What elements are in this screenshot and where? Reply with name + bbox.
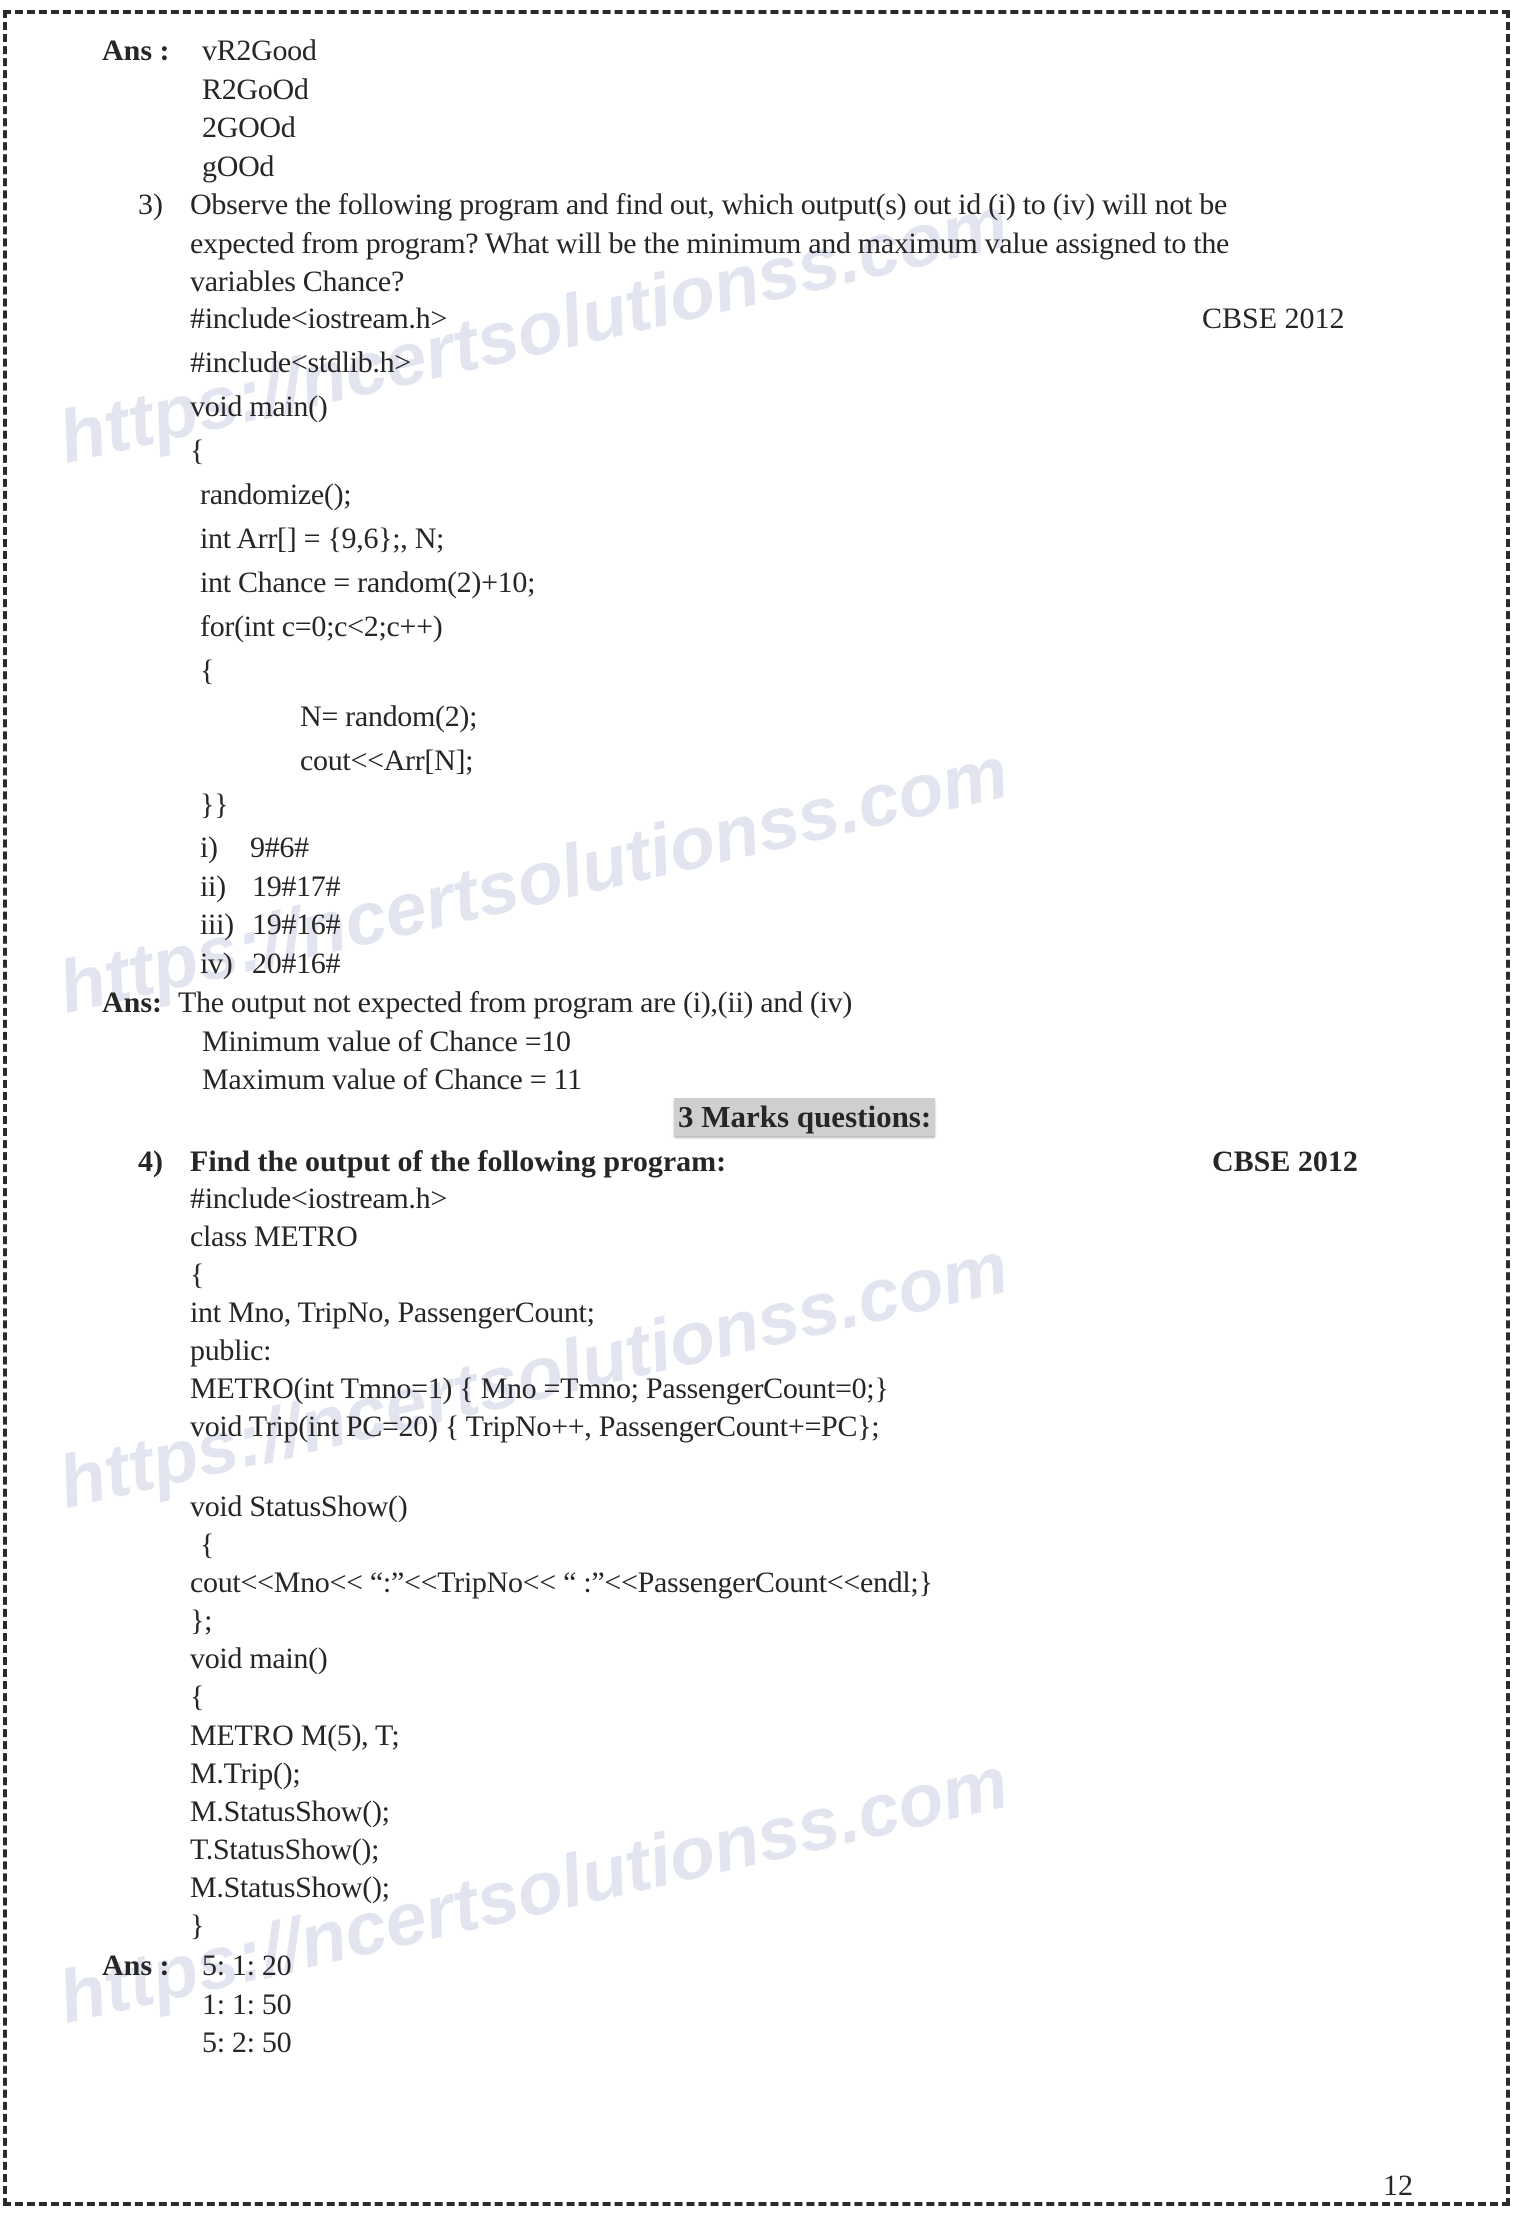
q3-answer-label: Ans:: [102, 985, 162, 1021]
code-line: #include<iostream.h>: [190, 1181, 447, 1217]
code-line: T.StatusShow();: [190, 1832, 379, 1868]
option-value: 19#17#: [252, 869, 340, 905]
answer-line: vR2Good: [202, 33, 317, 69]
option-label: iv): [200, 946, 232, 982]
answer-line: 5: 2: 50: [202, 2025, 291, 2061]
answer-line: 2GOOd: [202, 110, 296, 146]
code-line: cout<<Arr[N];: [300, 743, 473, 779]
answer-line: gOOd: [202, 149, 274, 185]
code-line: void Trip(int PC=20) { TripNo++, Passeng…: [190, 1409, 879, 1445]
answer-line: The output not expected from program are…: [178, 985, 852, 1021]
code-line: randomize();: [200, 477, 351, 513]
code-line: for(int c=0;c<2;c++): [200, 609, 442, 645]
answer-line: R2GoOd: [202, 72, 309, 108]
answer-line: 5: 1: 20: [202, 1948, 291, 1984]
code-line: public:: [190, 1333, 271, 1369]
option-value: 9#6#: [250, 830, 309, 866]
q4-question: Find the output of the following program…: [190, 1144, 726, 1180]
page-number: 12: [1383, 2168, 1413, 2204]
code-line: {: [190, 1679, 204, 1715]
code-line: }: [190, 1908, 204, 1944]
code-line: {: [190, 1257, 204, 1293]
code-line: N= random(2);: [300, 699, 477, 735]
option-label: ii): [200, 869, 226, 905]
answer-line: 1: 1: 50: [202, 1987, 291, 2023]
option-value: 20#16#: [252, 946, 340, 982]
code-line: cout<<Mno<< “:”<<TripNo<< “ :”<<Passenge…: [190, 1565, 933, 1601]
q4-answer-label: Ans :: [102, 1948, 170, 1984]
section-heading: 3 Marks questions:: [674, 1098, 935, 1136]
code-line: class METRO: [190, 1219, 358, 1255]
q4-source: CBSE 2012: [1212, 1144, 1358, 1180]
code-line: M.Trip();: [190, 1756, 300, 1792]
code-line: int Chance = random(2)+10;: [200, 565, 535, 601]
code-line: void main(): [190, 389, 328, 425]
code-line: {: [200, 1527, 214, 1563]
code-line: M.StatusShow();: [190, 1794, 390, 1830]
code-line: void StatusShow(): [190, 1489, 407, 1525]
option-value: 19#16#: [252, 907, 340, 943]
code-line: {: [200, 653, 214, 689]
q3-number: 3): [138, 187, 163, 223]
option-label: iii): [200, 907, 234, 943]
q3-source: CBSE 2012: [1202, 301, 1345, 337]
code-line: {: [190, 433, 204, 469]
answer-line: Maximum value of Chance = 11: [202, 1062, 582, 1098]
code-line: int Arr[] = {9,6};, N;: [200, 521, 444, 557]
code-line: void main(): [190, 1641, 328, 1677]
code-line: };: [190, 1603, 212, 1639]
answer-line: Minimum value of Chance =10: [202, 1024, 571, 1060]
question-line: variables Chance?: [190, 264, 404, 300]
code-line: METRO(int Tmno=1) { Mno =Tmno; Passenger…: [190, 1371, 888, 1407]
code-line: #include<iostream.h>: [190, 301, 447, 337]
option-label: i): [200, 830, 218, 866]
code-line: METRO M(5), T;: [190, 1718, 399, 1754]
question-line: expected from program? What will be the …: [190, 226, 1229, 262]
prev-answer-label: Ans :: [102, 33, 170, 69]
code-line: #include<stdlib.h>: [190, 345, 411, 381]
question-line: Observe the following program and find o…: [190, 187, 1227, 223]
code-line: int Mno, TripNo, PassengerCount;: [190, 1295, 595, 1331]
code-line: M.StatusShow();: [190, 1870, 390, 1906]
code-line: }}: [200, 787, 228, 823]
q4-number: 4): [138, 1144, 163, 1180]
